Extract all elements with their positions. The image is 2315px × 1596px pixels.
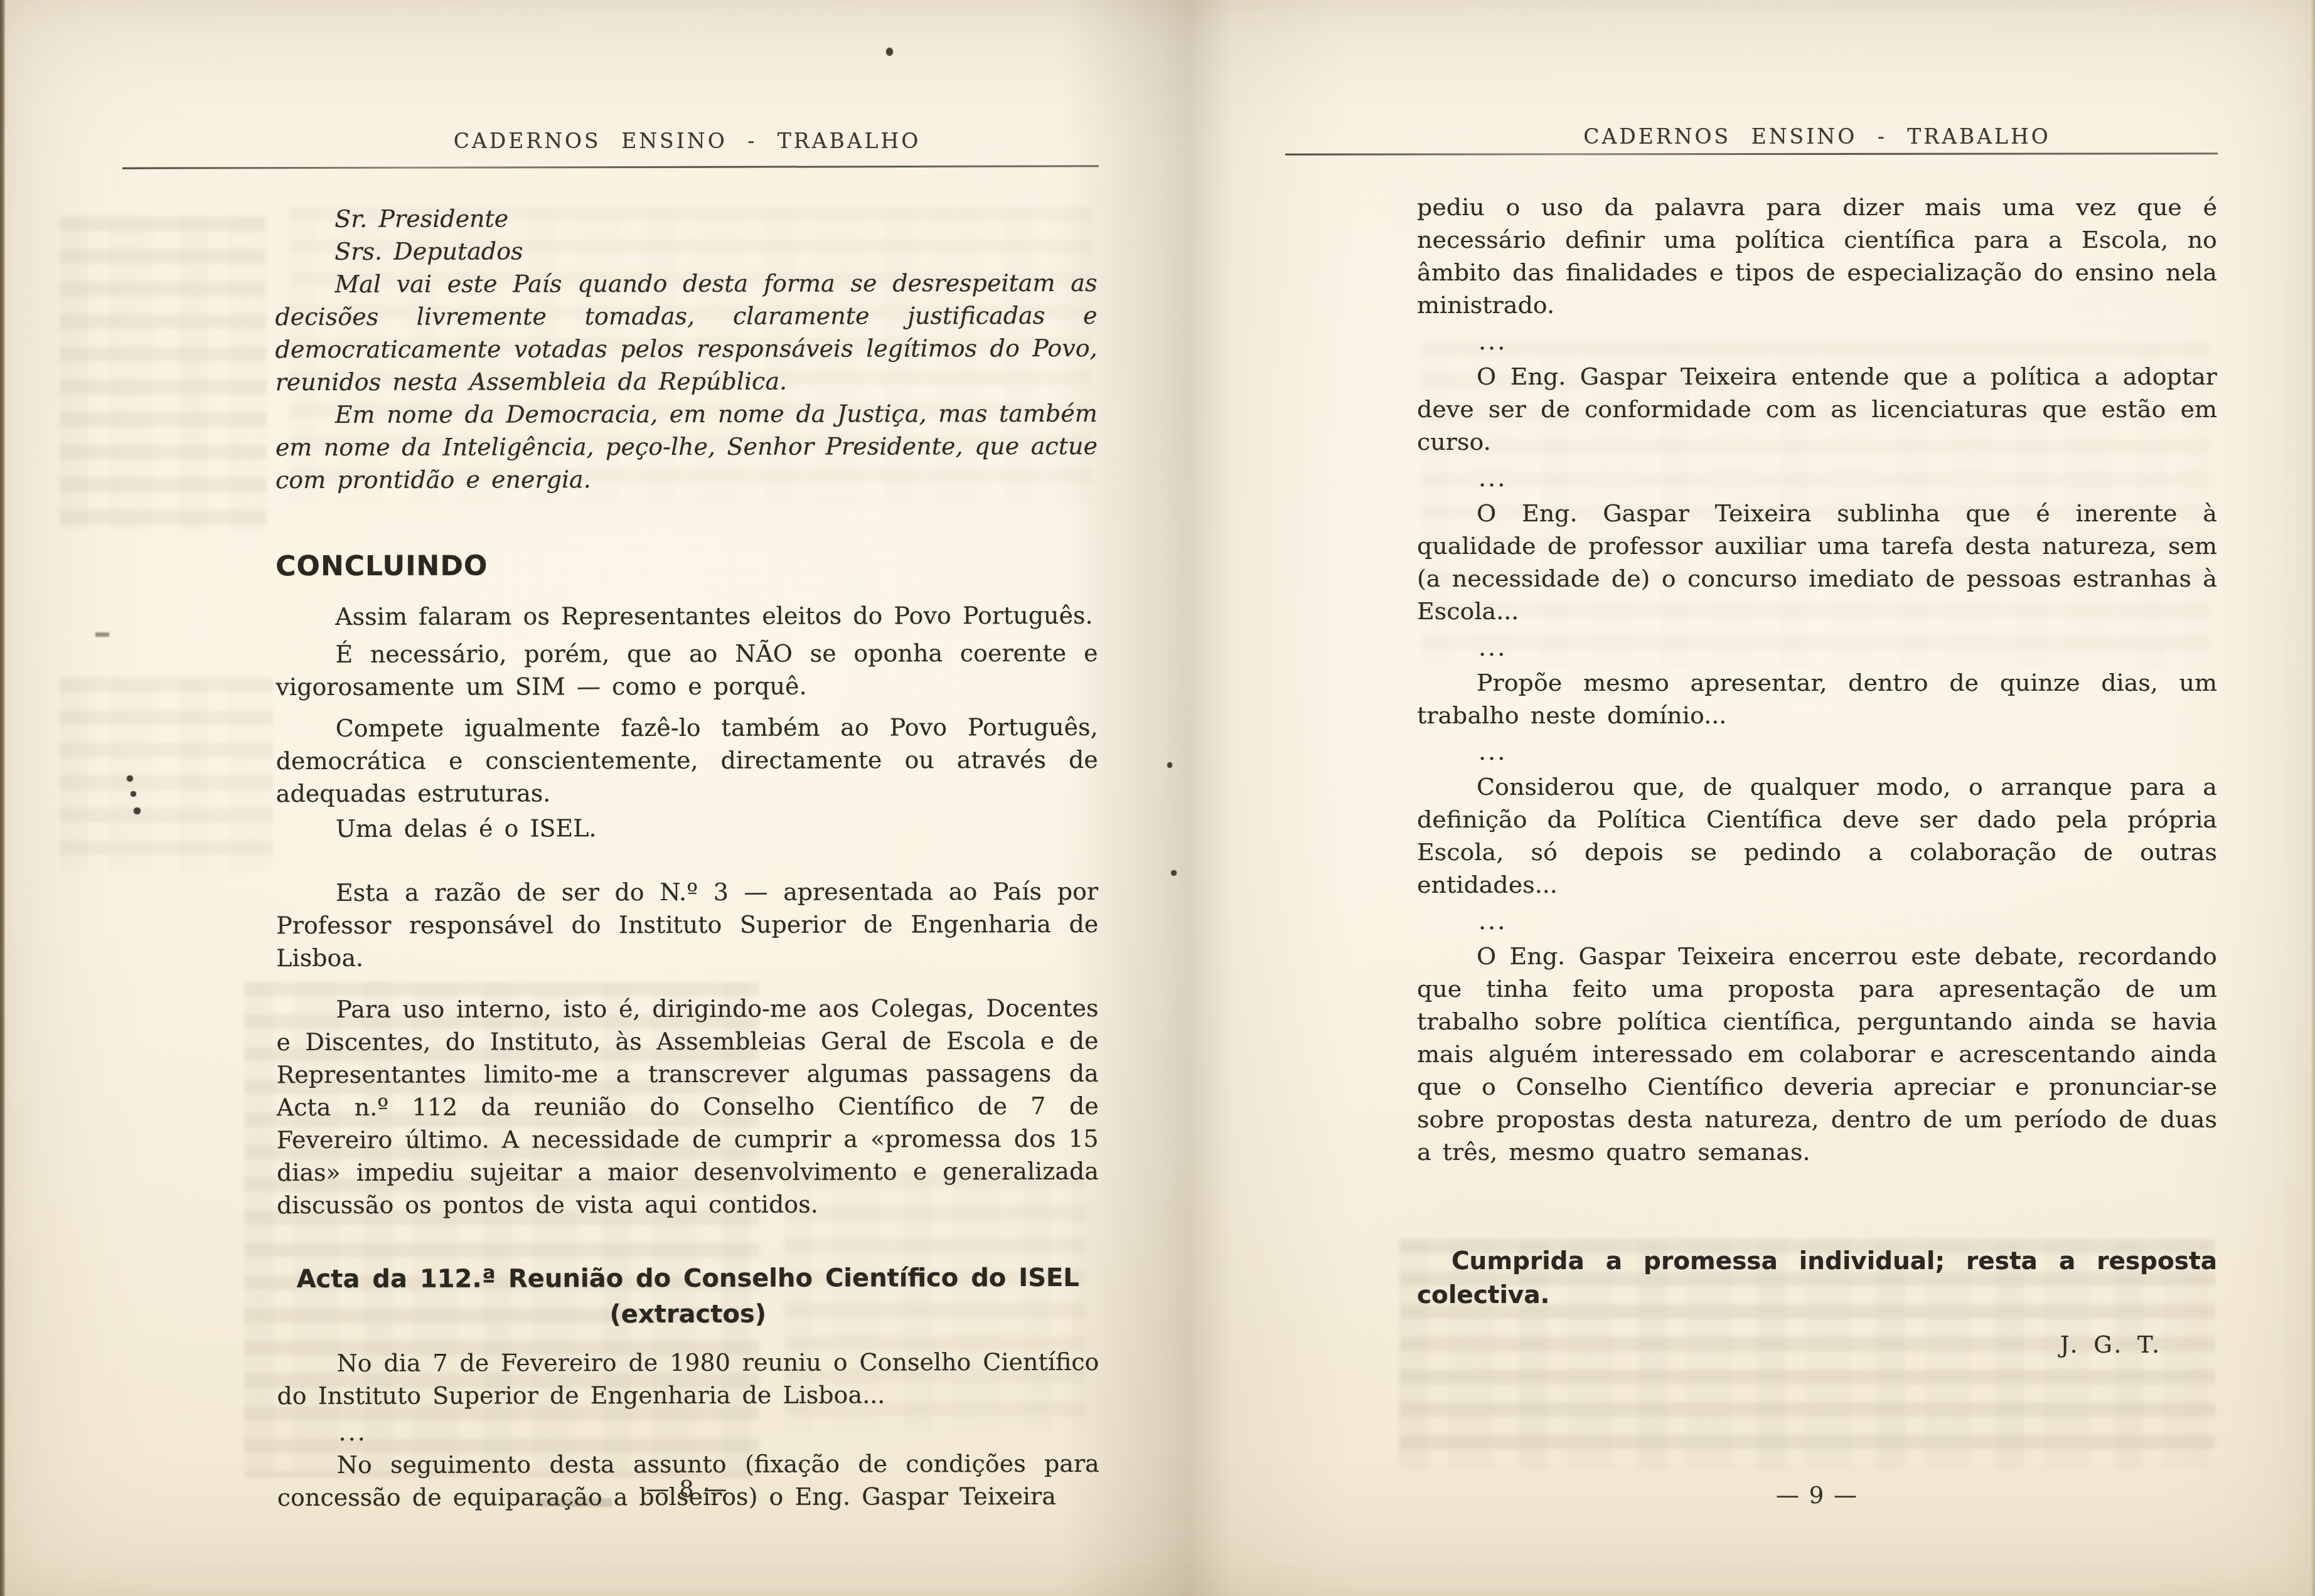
ellipsis-separator: ... [1417, 631, 2217, 664]
closing-statement: Cumprida a promessa individual; resta a … [1417, 1245, 2217, 1312]
ellipsis-separator: ... [1417, 905, 2217, 937]
header-rule-left [122, 165, 1099, 169]
paragraph: Assim falaram os Representantes eleitos … [275, 599, 1098, 633]
ink-speck [127, 775, 133, 782]
ink-speck [134, 807, 141, 814]
paragraph: É necessário, porém, que ao NÃO se oponh… [275, 637, 1098, 703]
paragraph: O Eng. Gaspar Teixeira sublinha que é in… [1417, 497, 2217, 627]
bleed-through-text [60, 216, 267, 530]
page-number: — 9 — [1417, 1482, 2217, 1509]
paragraph: Uma delas é o ISEL. [276, 811, 1098, 845]
left-page-body: Sr. Presidente Srs. Deputados Mal vai es… [275, 201, 1099, 1514]
paragraph: O Eng. Gaspar Teixeira entende que a pol… [1417, 360, 2217, 458]
scan-left-edge [0, 0, 6, 1596]
paragraph: Esta a razão de ser do N.º 3 — apresenta… [276, 875, 1098, 974]
scan-right-edge [2311, 0, 2315, 1596]
page-gutter-shadow [1061, 0, 1349, 1596]
quote-paragraph: Em nome da Democracia, em nome da Justiç… [275, 397, 1098, 496]
ink-speck [131, 791, 136, 797]
right-page-body: pediu o uso da palavra para dizer mais u… [1417, 191, 2217, 1361]
salutation-line: Srs. Deputados [275, 234, 1097, 268]
paragraph: O Eng. Gaspar Teixeira encerrou este deb… [1417, 940, 2217, 1168]
ink-speck [1167, 762, 1172, 768]
section-heading: CONCLUINDO [275, 548, 1098, 584]
author-initials: J. G. T. [1417, 1329, 2217, 1361]
paragraph: No dia 7 de Fevereiro de 1980 reuniu o C… [277, 1346, 1099, 1412]
paragraph: Compete igualmente fazê-lo também ao Pov… [276, 711, 1098, 810]
ink-speck [886, 48, 893, 56]
scanned-book-spread: CADERNOS ENSINO - TRABALHO CADERNOS ENSI… [0, 0, 2315, 1596]
ink-speck [95, 632, 109, 637]
ink-speck [1171, 870, 1177, 876]
paragraph: Propõe mesmo apresentar, dentro de quinz… [1417, 666, 2217, 731]
header-rule-right [1285, 152, 2218, 155]
acta-subheading: (extractos) [277, 1295, 1099, 1333]
ellipsis-separator: ... [1417, 325, 2217, 358]
ellipsis-separator: ... [1417, 462, 2217, 494]
paragraph: Considerou que, de qualquer modo, o arra… [1417, 770, 2217, 901]
salutation-line: Sr. Presidente [275, 201, 1097, 235]
running-head-right: CADERNOS ENSINO - TRABALHO [1417, 124, 2217, 149]
bleed-through-text [60, 678, 273, 872]
page-number: — 8 — [276, 1476, 1098, 1503]
paragraph: Para uso interno, isto é, dirigindo-me a… [276, 992, 1099, 1221]
ellipsis-separator: ... [277, 1415, 1099, 1449]
quote-paragraph: Mal vai este País quando desta forma se … [275, 267, 1097, 398]
ellipsis-separator: ... [1417, 735, 2217, 768]
paragraph: pediu o uso da palavra para dizer mais u… [1417, 191, 2217, 321]
acta-heading: Acta da 112.ª Reunião do Conselho Cientí… [277, 1260, 1099, 1297]
running-head-left: CADERNOS ENSINO - TRABALHO [276, 129, 1098, 153]
